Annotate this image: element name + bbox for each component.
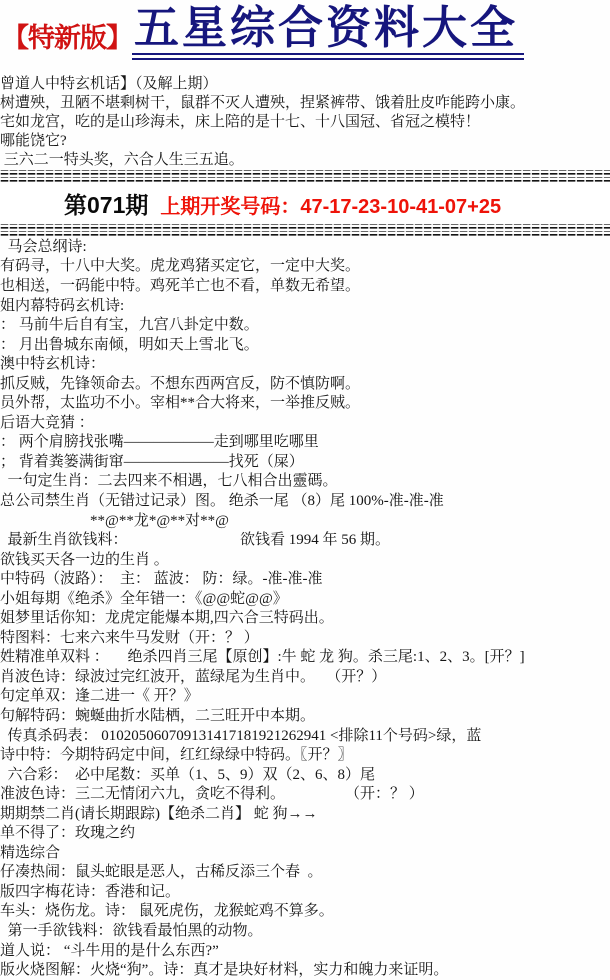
text-line: ： 马前牛后自有宝，九宫八卦定中数。	[0, 316, 610, 336]
text-line: 姐梦里话你知：龙虎定能爆本期,四六合三特码出。	[0, 609, 610, 629]
text-line: 期期禁二肖(请长期跟踪)【绝杀二肖】 蛇 狗→→	[0, 805, 610, 825]
page-header: 【特新版】 五星综合资料大全	[0, 0, 610, 60]
text-line: 单不得了：玫瑰之约	[0, 824, 610, 844]
text-line: 有码寻，十八中大奖。虎龙鸡猪买定它，一定中大奖。	[0, 257, 610, 277]
text-line: 精选综合	[0, 844, 610, 864]
text-line: 诗中特：今期特码定中间，红红绿绿中特码。〖开？〗	[0, 746, 610, 766]
text-line: 姐内幕特码玄机诗:	[0, 297, 610, 317]
text-line: 小姐每期《绝杀》全年错一：《@@蛇@@》	[0, 590, 610, 610]
divider-line: ========================================…	[0, 177, 610, 184]
text-line: ： 两个肩膀找张嘴——————走到哪里吃哪里	[0, 433, 610, 453]
separator-top: ========================================…	[0, 170, 610, 184]
text-line: 道人说： “斗牛用的是什么东西?”	[0, 942, 610, 962]
text-line: 车头：烧伤龙。诗： 鼠死虎伤，龙猴蛇鸡不算多。	[0, 902, 610, 922]
text-line: 中特码（波路）： 主： 蓝波： 防：绿。-准-准-准	[0, 570, 610, 590]
text-line: 句解特码：蜿蜒曲折水陆栖，二三旺开中本期。	[0, 707, 610, 727]
text-line: ； 背着粪篓满街窜———————找死（屎）	[0, 453, 610, 473]
text-line: 总公司禁生肖（无错过记录）图。 绝杀一尾 （8）尾 100%-准-准-准	[0, 492, 610, 512]
text-line: 第一手欲钱料：欲钱看最怕黑的动物。	[0, 922, 610, 942]
text-line: 姓精准单双料 ： 绝杀四肖三尾【原创】:牛 蛇 龙 狗。杀三尾:1、2、3。[开…	[0, 648, 610, 668]
lottery-info-sheet: 【特新版】 五星综合资料大全 曾道人中特玄机话】（及解上期）树遭殃，丑陋不堪剩树…	[0, 0, 610, 980]
last-draw-numbers: 上期开奖号码：47-17-23-10-41-07+25	[160, 190, 501, 219]
text-line: **@**龙*@**对**@	[0, 512, 610, 532]
separator-bottom: ========================================…	[0, 224, 610, 238]
text-line: 也相送，一码能中特。鸡死羊亡也不看，单数无希望。	[0, 277, 610, 297]
text-line: 准波色诗：三二无情闭六九，贪吃不得利。 （开：？ ）	[0, 785, 610, 805]
divider-line: ========================================…	[0, 170, 610, 177]
text-line: 树遭殃，丑陋不堪剩树干，鼠群不灭人遭殃，捏紧裤带、饿着肚皮咋能跨小康。	[0, 94, 610, 113]
text-line: 句定单双：逢二进一《 开？》	[0, 687, 610, 707]
divider-line: ========================================…	[0, 231, 610, 238]
text-line: 曾道人中特玄机话】（及解上期）	[0, 75, 610, 94]
text-line: 哪能饶它?	[0, 132, 610, 151]
intro-section: 曾道人中特玄机话】（及解上期）树遭殃，丑陋不堪剩树干，鼠群不灭人遭殃，捏紧裤带、…	[0, 75, 610, 170]
text-line: 马会总纲诗:	[0, 238, 610, 258]
text-line: 传真杀码表： 010205060709131417181921262941 <排…	[0, 727, 610, 747]
issue-band: 第071期 上期开奖号码：47-17-23-10-41-07+25	[0, 184, 610, 224]
text-line: 版火烧图解：火烧“狗”。诗：真才是块好材料，实力和魄力来证明。	[0, 961, 610, 980]
text-line: 特图料：七来六来牛马发财（开：？ ）	[0, 629, 610, 649]
text-line: ： 月出鲁城东南倾，明如天上雪北飞。	[0, 336, 610, 356]
text-line: 后语大竞猜 ：	[0, 414, 610, 434]
issue-number: 第071期	[64, 187, 148, 220]
text-line: 版四字梅花诗：香港和记。	[0, 883, 610, 903]
text-line: 六合彩： 必中尾数：买单（1、5、9）双（2、6、8）尾	[0, 766, 610, 786]
text-line: 仔凑热闹：鼠头蛇眼是恶人，古稀反添三个春 。	[0, 863, 610, 883]
text-line: 员外帮，太监功不小。宰相**合大将来，一举推反贼。	[0, 394, 610, 414]
text-line: 最新生肖欲钱料： 欲钱看 1994 年 56 期。	[0, 531, 610, 551]
text-line: 澳中特玄机诗：	[0, 355, 610, 375]
text-line: 宅如龙宫，吃的是山珍海未，床上陪的是十七、十八国冠、省冠之模特！	[0, 113, 610, 132]
main-content: 马会总纲诗:有码寻，十八中大奖。虎龙鸡猪买定它，一定中大奖。也相送，一码能中特。…	[0, 238, 610, 980]
page-title: 五星综合资料大全	[132, 6, 524, 60]
divider-line: ========================================…	[0, 224, 610, 231]
text-line: 肖波色诗：绿波过完红波开，蓝绿尾为生肖中。 （开？）	[0, 668, 610, 688]
edition-badge: 【特新版】	[2, 16, 132, 55]
text-line: 抓反贼，先锋领命去。不想东西两宫反，防不慎防啊。	[0, 375, 610, 395]
text-line: 三六二一特头奖，六合人生三五追。	[0, 151, 610, 170]
text-line: 一句定生肖：二去四来不相遇，七八相合出靈碼。	[0, 472, 610, 492]
text-line: 欲钱买天各一边的生肖 。	[0, 551, 610, 571]
